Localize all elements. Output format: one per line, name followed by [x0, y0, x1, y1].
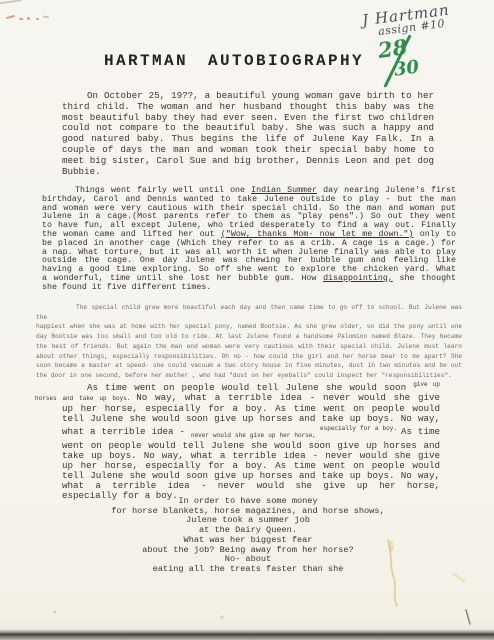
scribble-stroke	[6, 15, 15, 19]
text-line: Bubbie.	[62, 167, 434, 178]
paragraph-cage: Things went fairly well until one Indian…	[42, 187, 456, 293]
pen-slash-mark	[466, 610, 470, 624]
text-segment: What was her biggest fear	[184, 535, 313, 545]
text-segment: good natured baby. Thus begins the life …	[62, 133, 434, 144]
text-segment: On October 25, 19??, a beautiful young w…	[87, 90, 434, 101]
text-line: happiest when she was at home with her s…	[36, 322, 462, 332]
text-line: tell Julene she would soon give up horse…	[62, 414, 440, 424]
text-segment: Julene took a summer job	[186, 515, 310, 525]
text-segment: for horse blankets, horse magazines, and…	[111, 506, 384, 516]
text-segment: she found it five different times.	[42, 283, 211, 292]
text-segment: ("Wow, thanks Mom- now let me down.")	[221, 230, 413, 239]
text-line: meet big sister, Carol Sue and big broth…	[62, 156, 434, 167]
scribble-stroke	[36, 18, 39, 20]
text-segment: couple of days the man and woman took th…	[62, 144, 434, 155]
text-line: soon became a master at speed- she could…	[36, 361, 462, 371]
text-segment: most beautiful baby they had ever seen. …	[62, 112, 434, 123]
text-segment: could not compare to the beautiful baby.…	[62, 122, 434, 133]
grade-denominator: 30	[393, 56, 421, 80]
text-segment: a wonderful, time until she lost her bub…	[42, 274, 323, 283]
text-segment: the door in one second, before her mothe…	[36, 372, 452, 379]
text-segment: the best of friends. But again the man a…	[36, 343, 462, 350]
text-segment: day Bootsie was too small and too old to…	[36, 333, 462, 340]
stain-smudge	[452, 572, 466, 583]
text-segment: horses and take up boys.	[35, 395, 136, 402]
text-line: what a terrible idea - never would she g…	[62, 424, 440, 441]
text-segment: soon became a master at speed- she could…	[36, 362, 462, 369]
scribble-stroke	[27, 17, 30, 20]
paragraph-pony-faded: The special child grew more beautiful ea…	[36, 303, 462, 381]
corner-scan-mark	[0, 0, 22, 5]
text-segment: give up	[413, 381, 440, 388]
text-segment: eating all the treats faster than she	[153, 564, 344, 574]
text-segment: having a good time exploring. So off she…	[42, 265, 456, 274]
text-line: The special child grew more beautiful ea…	[36, 303, 462, 322]
text-segment: The special child grew more beautiful ea…	[36, 304, 462, 321]
scribble-stroke	[19, 18, 23, 20]
text-segment: only to	[413, 230, 456, 239]
text-segment: to have fun, all except Julene, who trie…	[42, 221, 456, 230]
text-line: eating all the treats faster than she	[62, 565, 434, 575]
scribble-stroke	[43, 16, 49, 19]
text-segment: Bubbie.	[62, 166, 101, 177]
text-segment: at the Dairy Queen.	[199, 525, 297, 535]
text-segment: tell Julene she would soon give up horse…	[62, 413, 440, 424]
text-segment: what a terrible idea -	[62, 426, 191, 437]
text-segment: third child. The woman and her husband t…	[62, 101, 434, 112]
text-segment: birthday, Carol and Dennis wanted to tak…	[42, 195, 456, 204]
text-segment: disappointing,	[323, 274, 393, 283]
text-segment: about the job? Being away from her horse…	[142, 545, 353, 555]
text-segment: day nearing Julene's first	[317, 186, 456, 195]
text-line: she found it five different times.	[42, 284, 456, 293]
text-segment: be placed in another cage (Which they re…	[42, 239, 456, 248]
text-line: the best of friends. But again the man a…	[36, 342, 462, 352]
paragraph-dairy-queen-poem: In order to have some moneyfor horse bla…	[62, 497, 434, 575]
text-segment: especially for a boy.	[320, 425, 401, 432]
text-segment: happiest when she was at home with her s…	[36, 323, 462, 330]
text-segment: No way, what a terrible idea - never wou…	[136, 392, 440, 403]
scanned-document-screenshot: { "title": "HARTMAN AUTOBIOGRAPHY", "ann…	[0, 0, 494, 640]
text-segment: Things went fairly well until one	[75, 186, 251, 195]
text-segment: the woman came and lifted her out	[42, 230, 221, 239]
paper-sheet: J Hartman assign #10 HARTMAN AUTOBIOGRAP…	[0, 0, 494, 640]
scan-bottom-edge	[0, 629, 494, 640]
text-segment: meet big sister, Carol Sue and big broth…	[62, 155, 434, 166]
text-segment: Indian Summer	[251, 186, 317, 195]
handwritten-grade: 28 30	[372, 36, 422, 96]
paragraph-horses-and-boys: As time went on people would tell Julene…	[62, 380, 440, 501]
text-segment: she thought	[393, 274, 456, 283]
stain-speck	[54, 611, 57, 614]
text-segment: No- about	[225, 554, 271, 564]
text-segment: In order to have some money	[178, 496, 317, 506]
text-segment: about other things, especially responsib…	[36, 353, 462, 360]
text-line: day Bootsie was too small and too old to…	[36, 332, 462, 342]
text-line: about other things, especially responsib…	[36, 352, 462, 362]
paragraph-birth: On October 25, 19??, a beautiful young w…	[62, 91, 434, 177]
stain-speck	[220, 615, 223, 618]
text-segment: never would she give up her horse,	[191, 432, 320, 439]
text-segment: As time	[401, 426, 440, 437]
